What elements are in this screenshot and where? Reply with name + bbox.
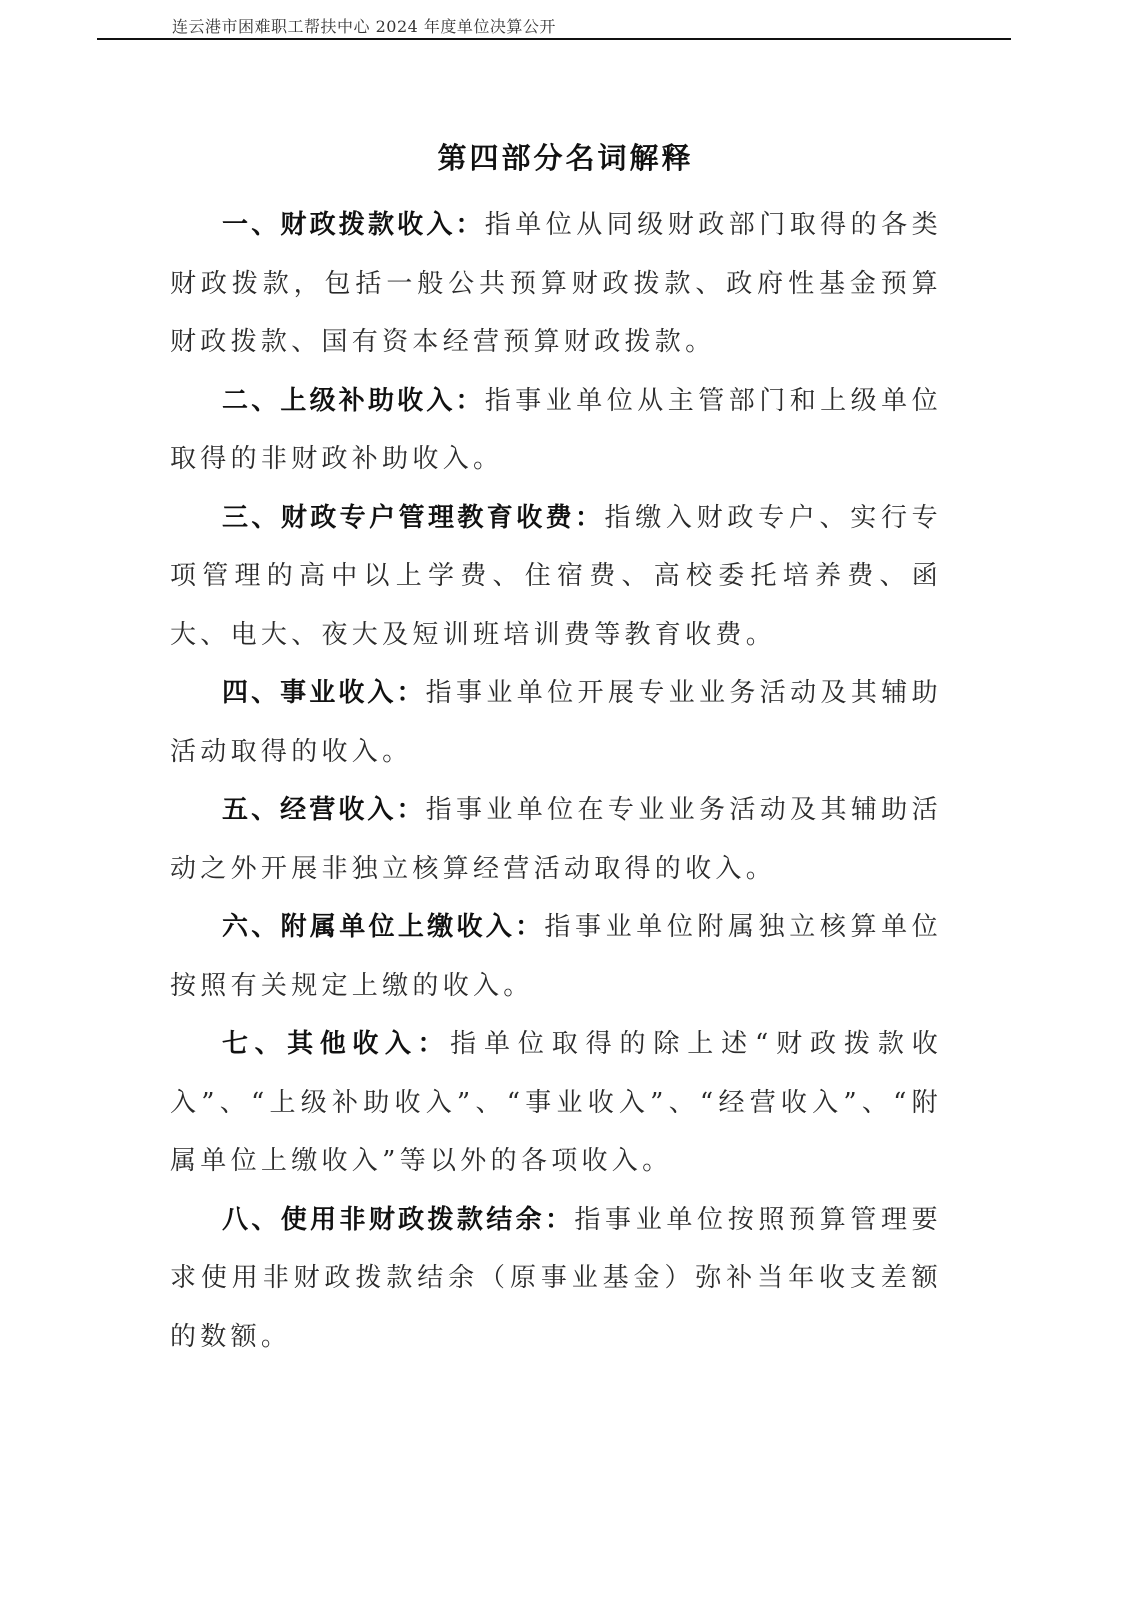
glossary-term: 二、上级补助收入： bbox=[222, 386, 485, 416]
header-divider bbox=[97, 38, 1011, 40]
glossary-term: 七、其他收入： bbox=[222, 1029, 450, 1059]
glossary-term: 六、附属单位上缴收入： bbox=[222, 912, 544, 942]
glossary-term: 八、使用非财政拨款结余： bbox=[222, 1205, 574, 1235]
glossary-entry-3: 三、财政专户管理教育收费：指缴入财政专户、实行专项管理的高中以上学费、住宿费、高… bbox=[170, 489, 942, 665]
glossary-entry-7: 七、其他收入：指单位取得的除上述“财政拨款收入”、“上级补助收入”、“事业收入”… bbox=[170, 1015, 942, 1191]
glossary-entry-5: 五、经营收入：指事业单位在专业业务活动及其辅助活动之外开展非独立核算经营活动取得… bbox=[170, 781, 942, 898]
glossary-body: 一、财政拨款收入：指单位从同级财政部门取得的各类财政拨款，包括一般公共预算财政拨… bbox=[170, 196, 942, 1366]
glossary-entry-8: 八、使用非财政拨款结余：指事业单位按照预算管理要求使用非财政拨款结余（原事业基金… bbox=[170, 1191, 942, 1367]
glossary-entry-1: 一、财政拨款收入：指单位从同级财政部门取得的各类财政拨款，包括一般公共预算财政拨… bbox=[170, 196, 942, 372]
glossary-term: 三、财政专户管理教育收费： bbox=[222, 503, 604, 533]
section-title: 第四部分名词解释 bbox=[0, 136, 1131, 177]
glossary-term: 一、财政拨款收入： bbox=[222, 210, 485, 240]
running-header: 连云港市困难职工帮扶中心 2024 年度单位决算公开 bbox=[172, 14, 556, 37]
glossary-entry-4: 四、事业收入：指事业单位开展专业业务活动及其辅助活动取得的收入。 bbox=[170, 664, 942, 781]
glossary-term: 四、事业收入： bbox=[222, 678, 426, 708]
glossary-entry-2: 二、上级补助收入：指事业单位从主管部门和上级单位取得的非财政补助收入。 bbox=[170, 372, 942, 489]
glossary-entry-6: 六、附属单位上缴收入：指事业单位附属独立核算单位按照有关规定上缴的收入。 bbox=[170, 898, 942, 1015]
glossary-term: 五、经营收入： bbox=[222, 795, 426, 825]
